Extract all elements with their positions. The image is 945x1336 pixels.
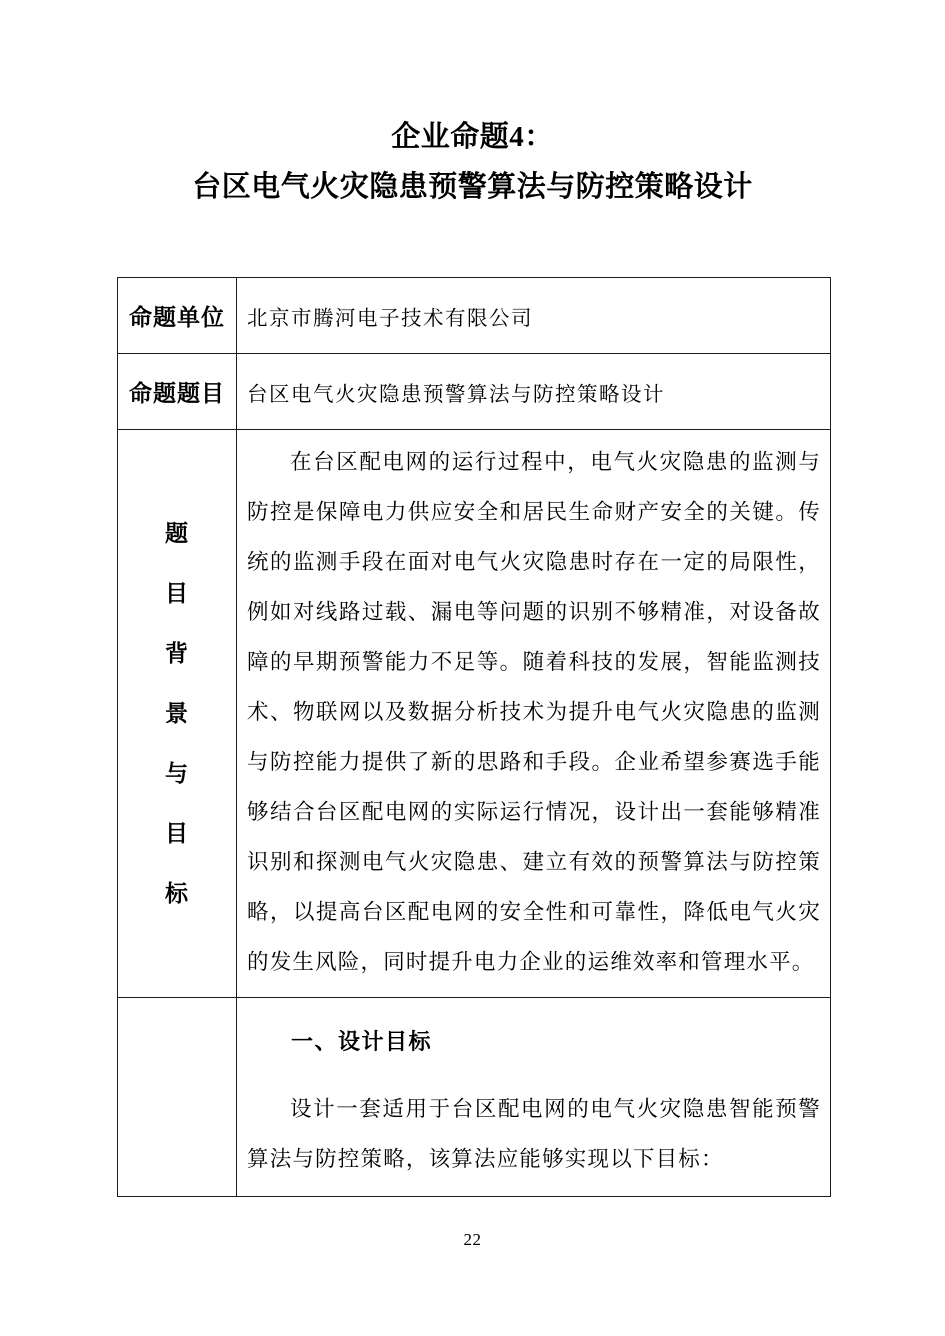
row-value-background: 在台区配电网的运行过程中，电气火灾隐患的监测与防控是保障电力供应安全和居民生命财… [237, 430, 830, 997]
background-label-char: 标 [165, 882, 189, 905]
background-label-char: 景 [165, 702, 189, 725]
document-title: 企业命题4： 台区电气火灾隐患预警算法与防控策略设计 [0, 112, 945, 212]
table-row-design-goal: 一、设计目标 设计一套适用于台区配电网的电气火灾隐患智能预警算法与防控策略，该算… [118, 997, 830, 1196]
table-row-topic: 命题题目 台区电气火灾隐患预警算法与防控策略设计 [118, 353, 830, 429]
page-number: 22 [0, 1230, 945, 1250]
table-row-background: 题 目 背 景 与 目 标 在台区配电网的运行过程中，电气火灾隐患的监测与防控是… [118, 429, 830, 997]
row-value-unit: 北京市腾河电子技术有限公司 [237, 278, 830, 353]
row-label-unit: 命题单位 [118, 278, 237, 353]
background-label-char: 题 [165, 522, 189, 545]
table-row-unit: 命题单位 北京市腾河电子技术有限公司 [118, 278, 830, 353]
proposition-table: 命题单位 北京市腾河电子技术有限公司 命题题目 台区电气火灾隐患预警算法与防控策… [117, 277, 831, 1197]
design-goal-heading: 一、设计目标 [247, 1017, 821, 1067]
title-line-2: 台区电气火灾隐患预警算法与防控策略设计 [0, 162, 945, 212]
background-label-char: 背 [165, 642, 189, 665]
row-label-topic: 命题题目 [118, 354, 237, 429]
background-label-char: 目 [165, 582, 189, 605]
row-label-empty [118, 998, 237, 1196]
design-goal-paragraph: 设计一套适用于台区配电网的电气火灾隐患智能预警算法与防控策略，该算法应能够实现以… [247, 1084, 821, 1184]
background-label-char: 目 [165, 822, 189, 845]
document-page: 企业命题4： 台区电气火灾隐患预警算法与防控策略设计 命题单位 北京市腾河电子技… [0, 0, 945, 1336]
row-value-topic: 台区电气火灾隐患预警算法与防控策略设计 [237, 354, 830, 429]
title-line-1: 企业命题4： [0, 112, 945, 162]
background-label-char: 与 [165, 762, 189, 785]
background-paragraph: 在台区配电网的运行过程中，电气火灾隐患的监测与防控是保障电力供应安全和居民生命财… [247, 437, 821, 987]
row-value-design-goal: 一、设计目标 设计一套适用于台区配电网的电气火灾隐患智能预警算法与防控策略，该算… [237, 998, 830, 1196]
row-label-background: 题 目 背 景 与 目 标 [118, 430, 237, 997]
